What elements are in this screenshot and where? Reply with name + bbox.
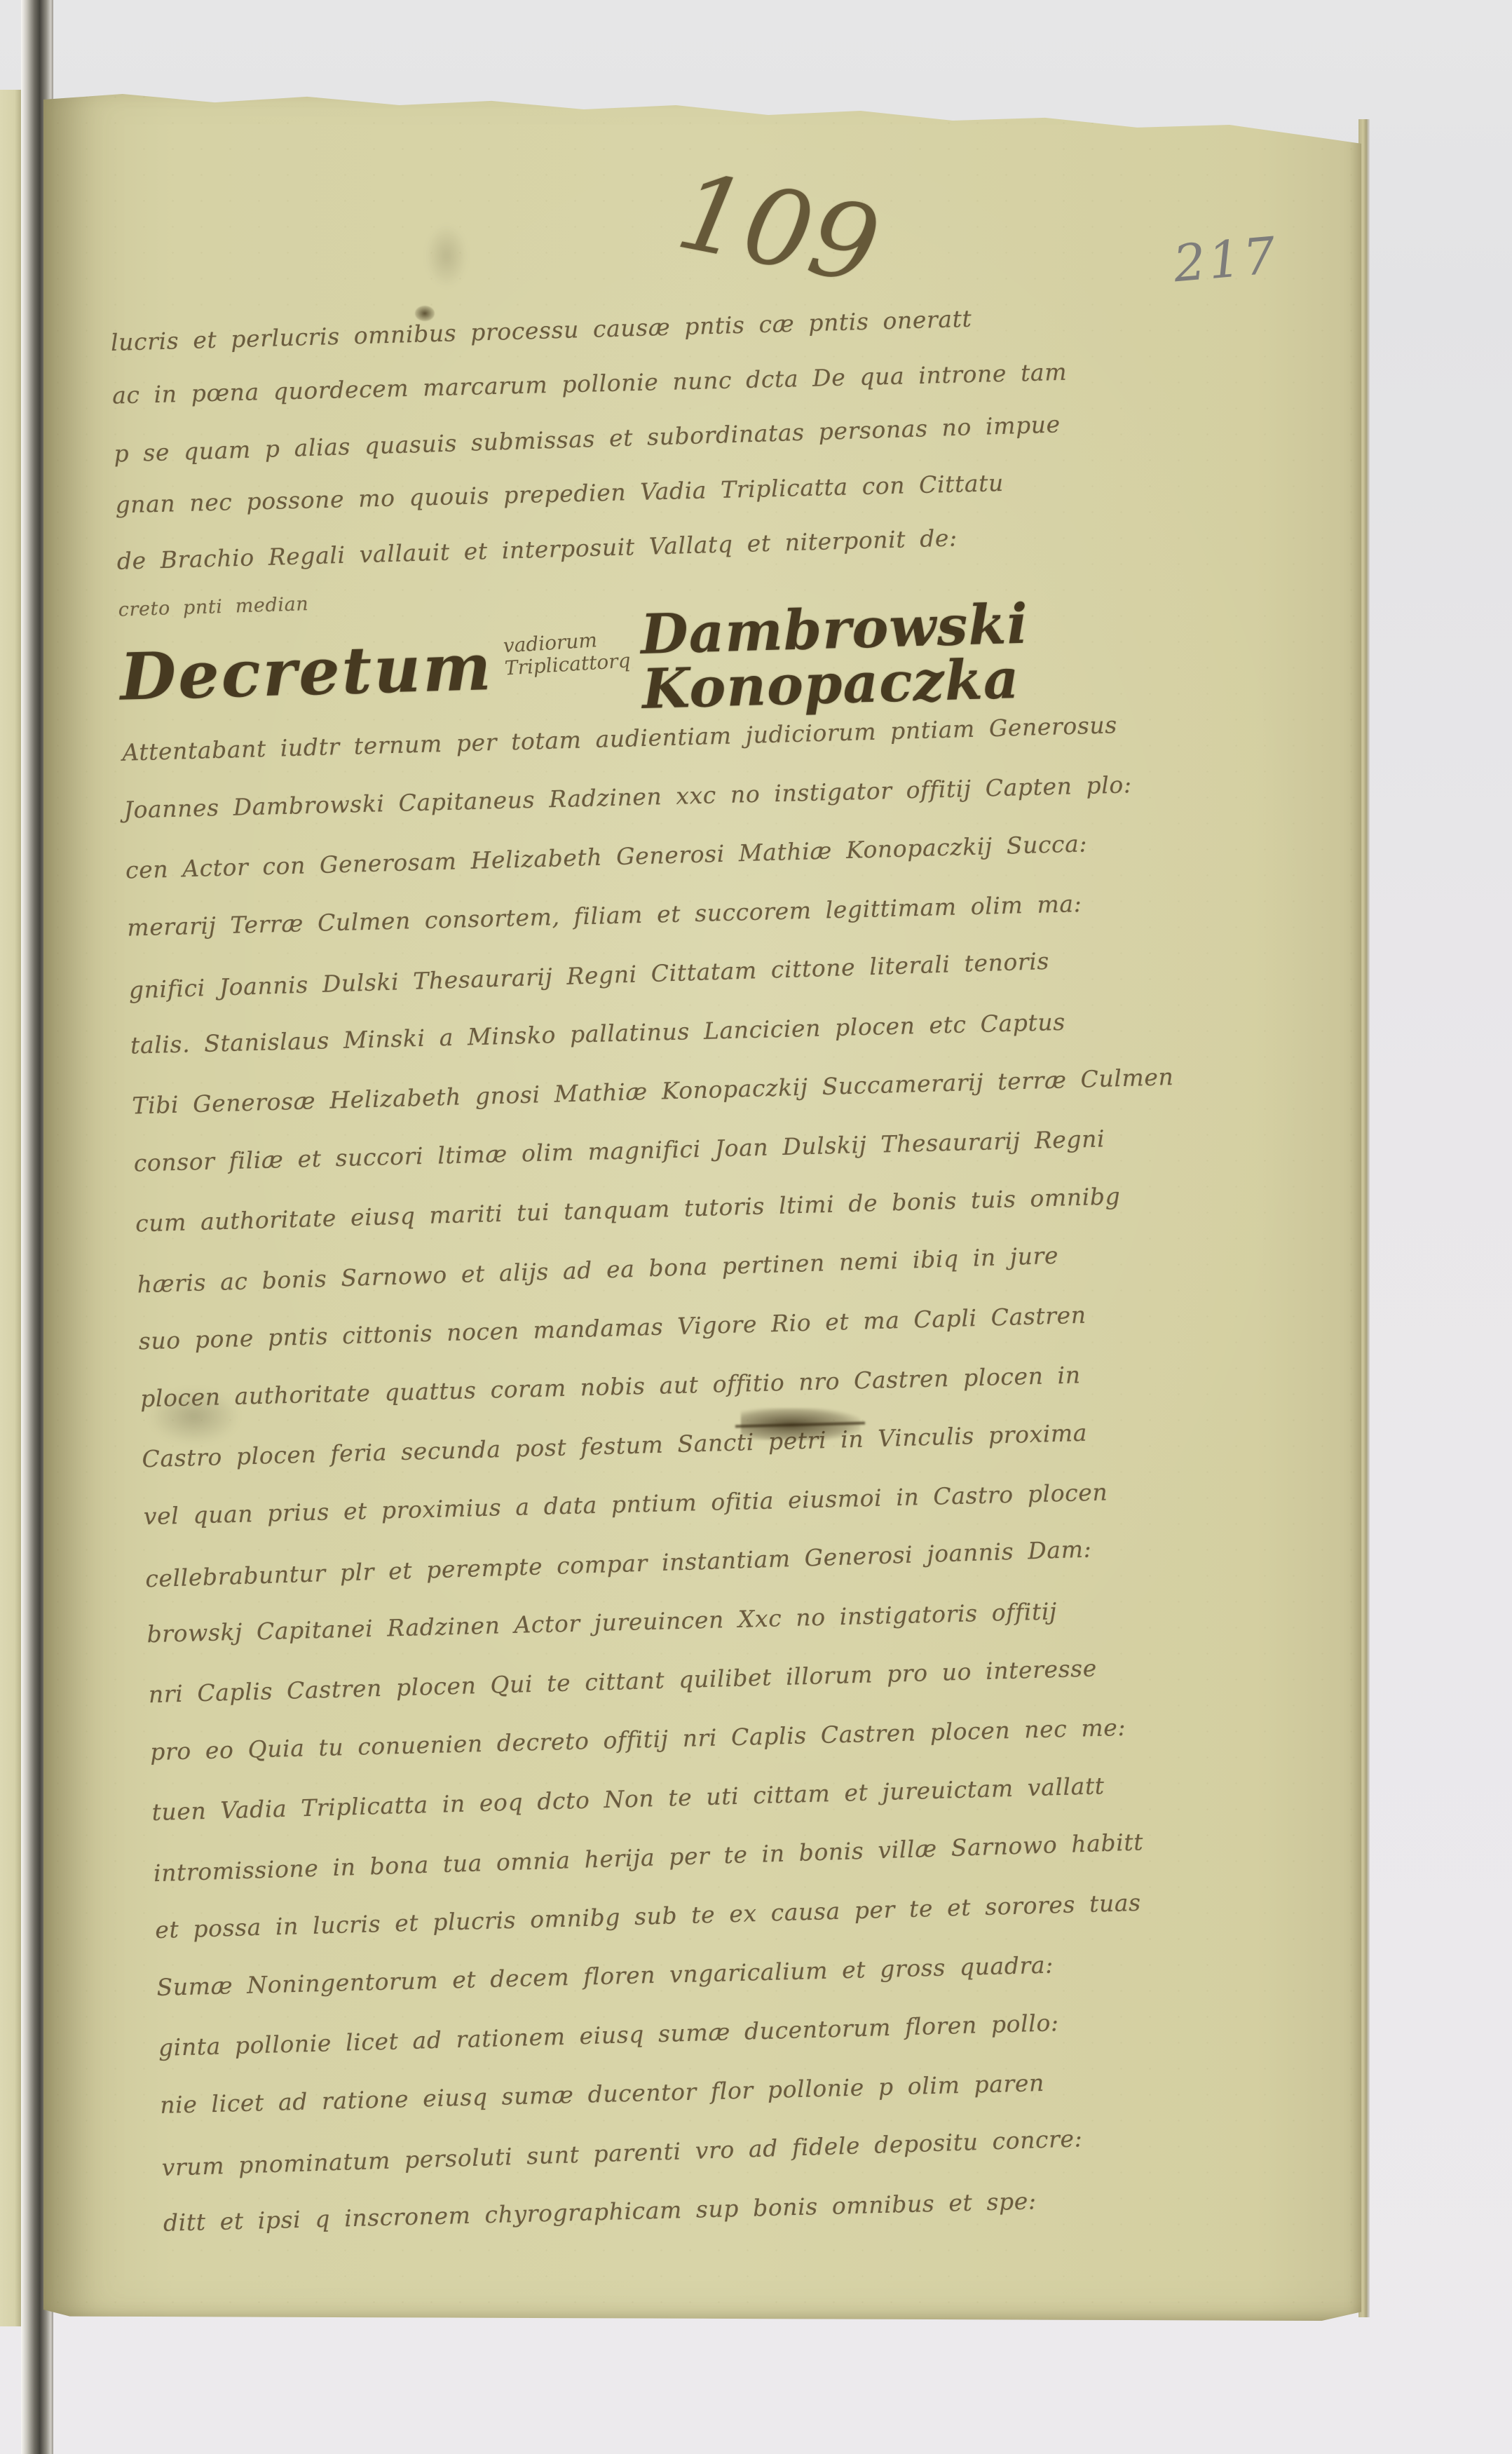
ink-strikeout-blot xyxy=(741,1408,860,1440)
folio-number-pencil: 217 xyxy=(1171,226,1281,294)
heading-interlinear: vadiorum Triplicattorq xyxy=(503,627,632,680)
manuscript-page: 109 217 lucris et perlucris omnibus proc… xyxy=(43,84,1361,2321)
decree-body: Attentabant iudtr ternum per totam audie… xyxy=(121,693,1274,2254)
heading-decretum: Decretum xyxy=(119,635,493,710)
paper-stain xyxy=(425,224,468,287)
previous-page-edge xyxy=(0,90,21,2326)
folio-number-ink: 109 xyxy=(668,150,888,308)
handwritten-text-block: lucris et perlucris omnibus processu cau… xyxy=(110,285,1275,2254)
scan-backdrop: 109 217 lucris et perlucris omnibus proc… xyxy=(0,0,1512,2454)
intro-paragraph: lucris et perlucris omnibus processu cau… xyxy=(110,285,1230,632)
